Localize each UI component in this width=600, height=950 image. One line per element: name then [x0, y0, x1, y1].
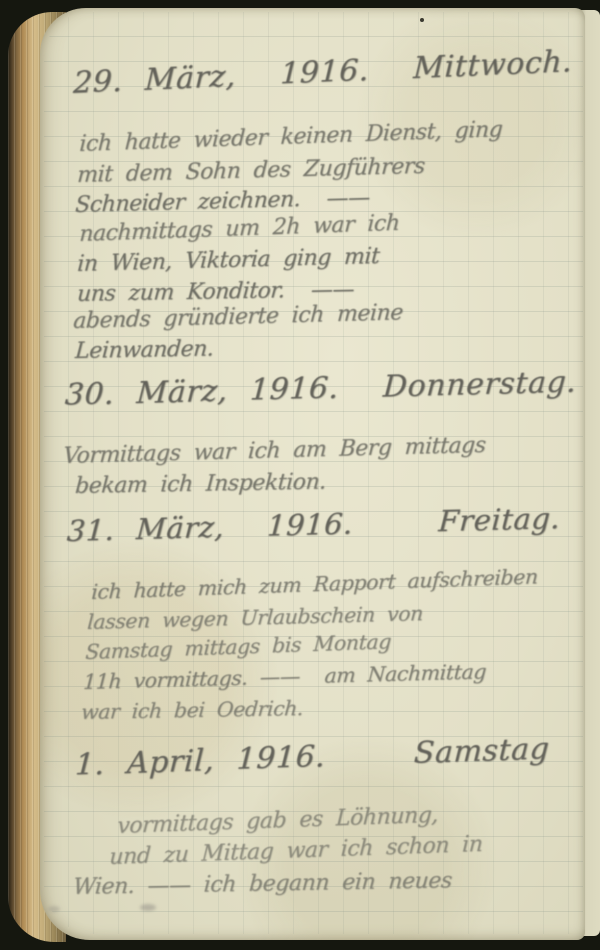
entry-line: ich hatte mich zum Rapport aufschreiben	[91, 564, 539, 604]
entry-date-heading: 29. März, 1916. Mittwoch.	[72, 44, 573, 101]
entry-line: 11h vormittags. —— am Nachmittag	[83, 659, 487, 694]
entry-line: Vormittags war ich am Berg mittags	[62, 433, 486, 469]
entry-line: bekam ich Inspektion.	[74, 470, 326, 499]
entry-line: mit dem Sohn des Zugführers	[76, 154, 425, 188]
paper-speck	[420, 18, 424, 22]
entry-date-heading: 30. März, 1916. Donnerstag.	[64, 365, 578, 413]
entry-line: Wien. —— ich begann ein neues	[72, 868, 452, 900]
pencil-smudge	[48, 906, 60, 912]
entry-line: in Wien, Viktoria ging mit	[76, 244, 380, 277]
entry-line: war ich bei Oedrich.	[80, 696, 304, 724]
entry-line: vormittags gab es Löhnung,	[117, 803, 439, 839]
entry-line: und zu Mittag war ich schon in	[109, 832, 483, 870]
entry-date-heading: 1. April, 1916. Samstag	[74, 731, 550, 783]
entry-line: ich hatte wieder keinen Dienst, ging	[79, 117, 503, 157]
diary-photo: 29. März, 1916. Mittwoch. ich hatte wied…	[0, 0, 600, 950]
pencil-smudge	[140, 904, 156, 911]
entry-date-heading: 31. März, 1916. Freitag.	[66, 501, 562, 548]
handwriting-layer: 29. März, 1916. Mittwoch. ich hatte wied…	[0, 0, 600, 950]
entry-line: Samstag mittags bis Montag	[85, 629, 392, 664]
entry-line: Leinwanden.	[74, 337, 214, 364]
